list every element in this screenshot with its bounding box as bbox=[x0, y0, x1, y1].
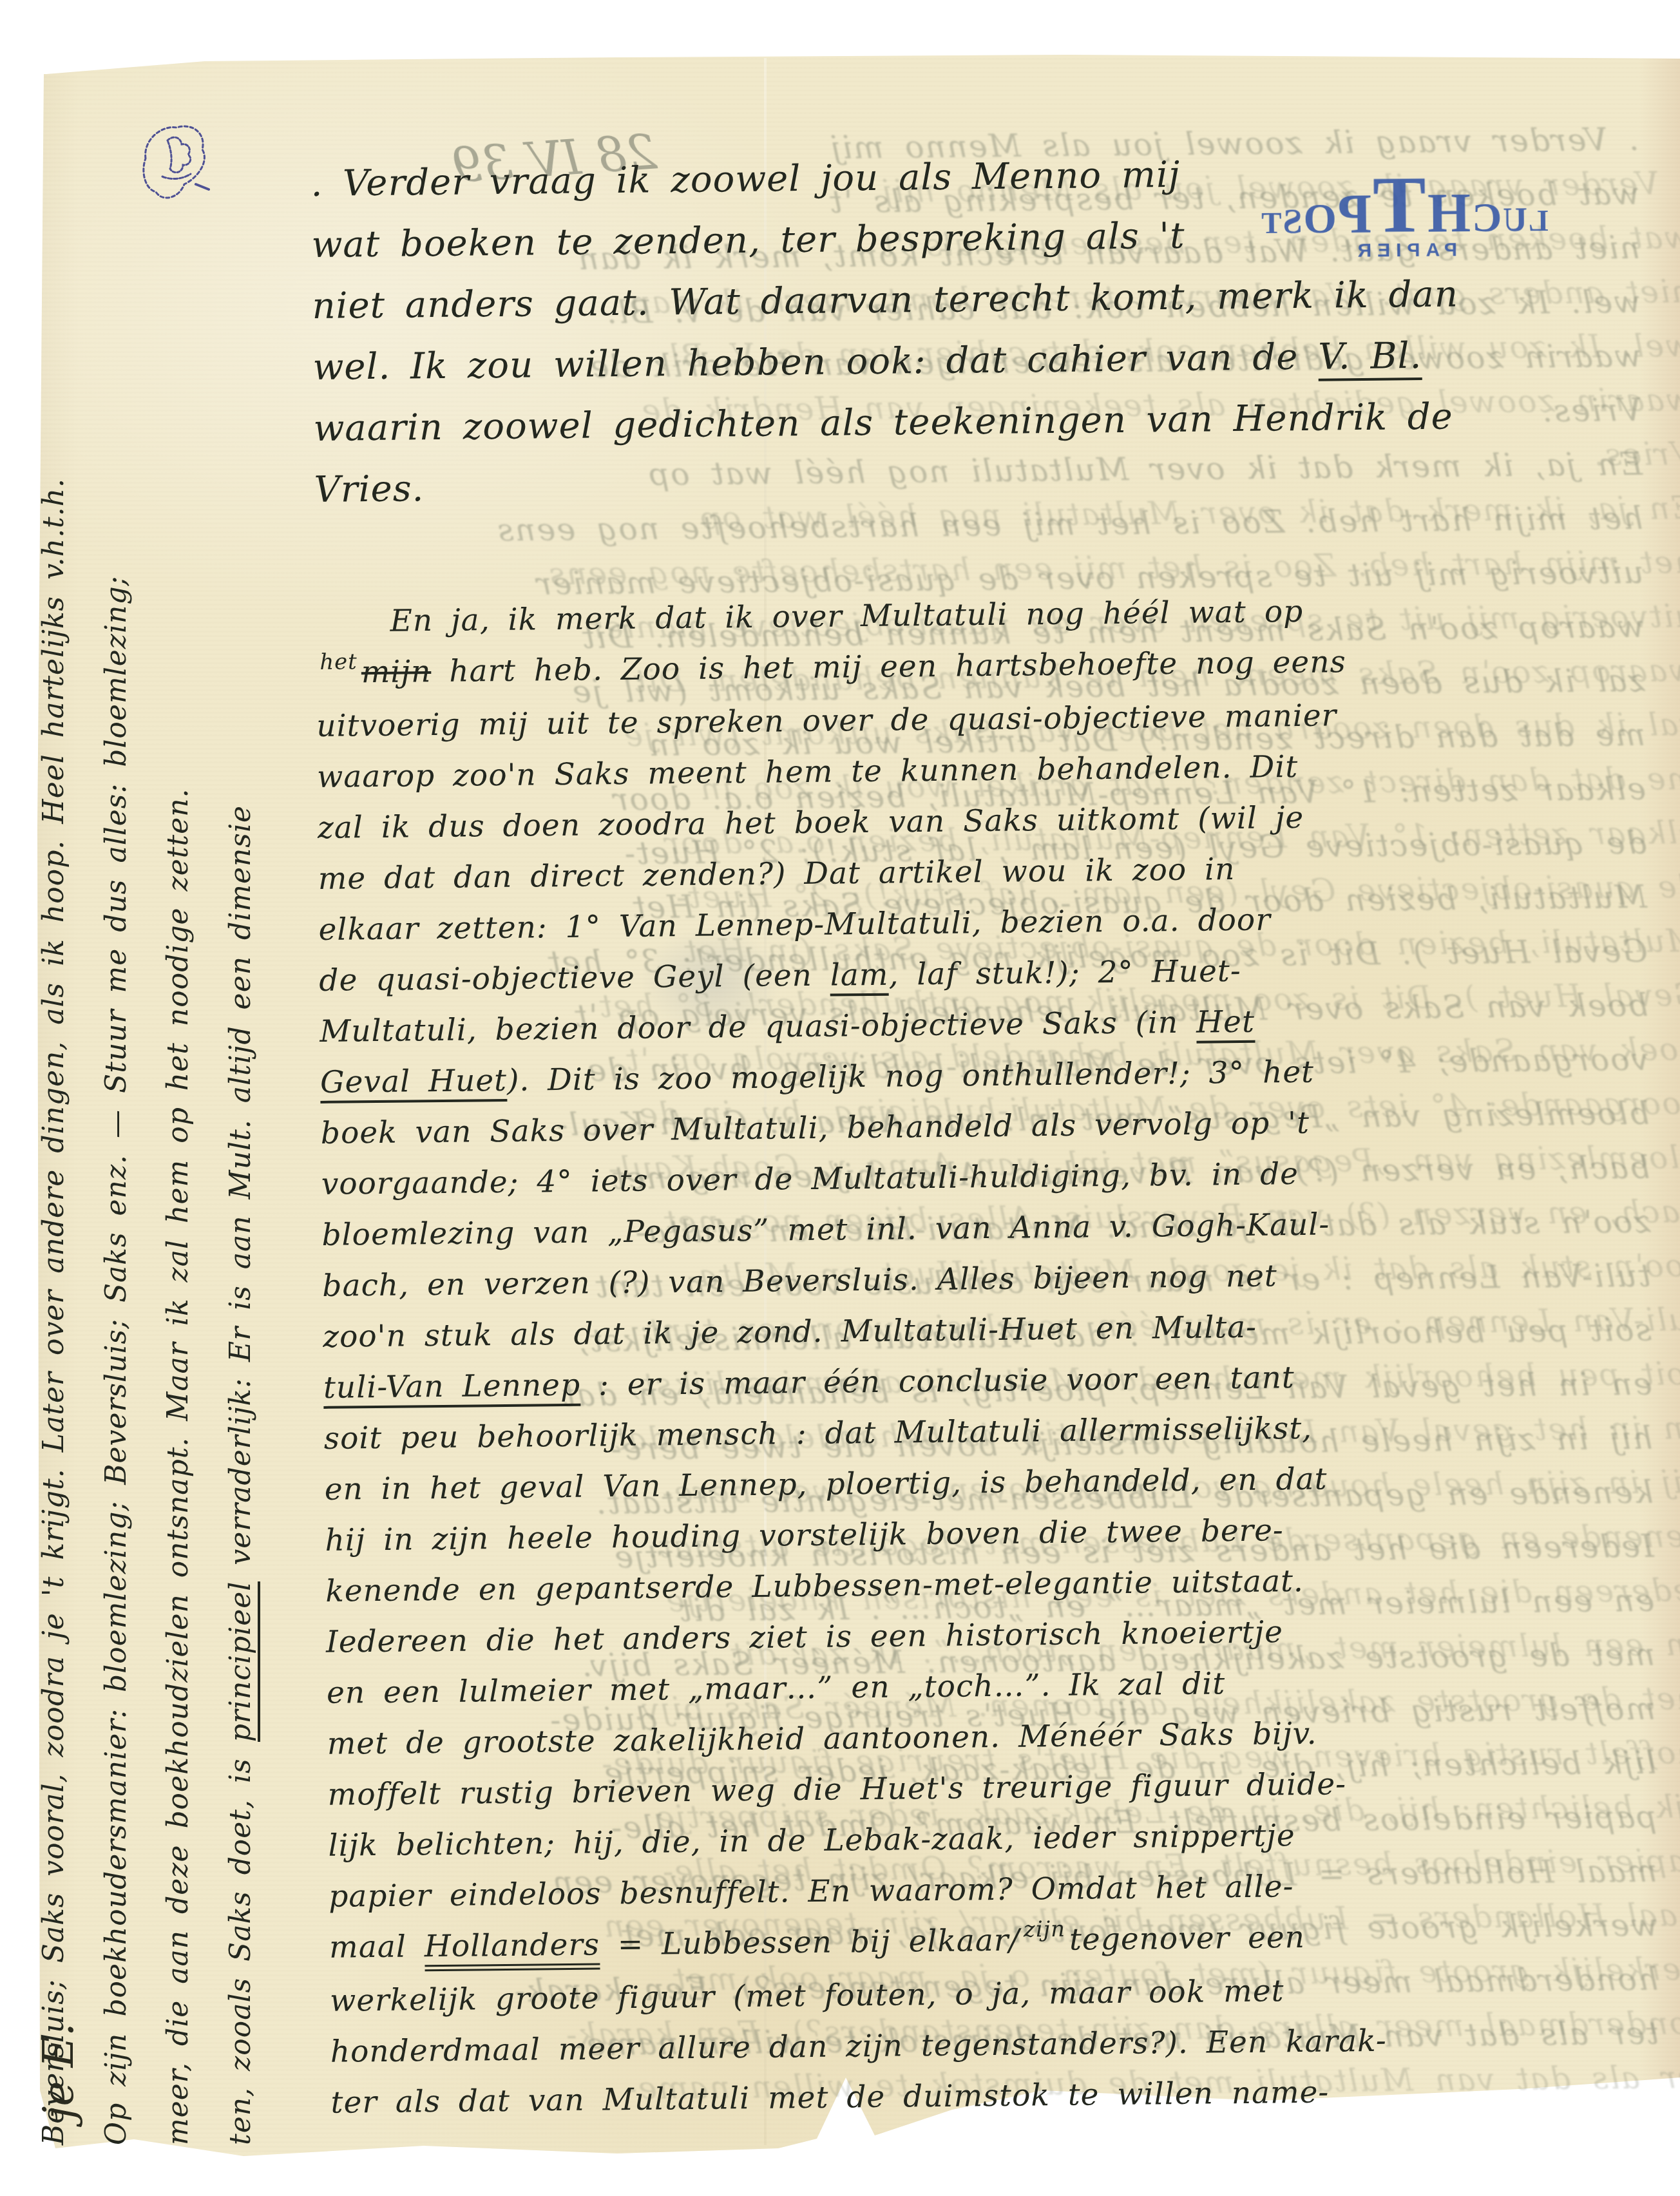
handwriting-segment: bloemlezing van „Pegasus” met inl. van A… bbox=[321, 1207, 1330, 1253]
signature: je E. bbox=[33, 2023, 83, 2119]
struck-word: mijn bbox=[361, 654, 432, 690]
handwriting-segment: : er is maar één conclusie voor een tant bbox=[580, 1360, 1295, 1403]
handwriting-segment: waarop zoo'n Saks meent hem te kunnen be… bbox=[317, 749, 1299, 795]
handwriting-segment: wel. Ik zou willen hebben ook: dat cahie… bbox=[312, 336, 1318, 388]
handwriting-segment: hart heb. Zoo is het mij een hartsbehoef… bbox=[431, 644, 1346, 689]
handwriting-segment: = Lubbessen bij elkaar/ bbox=[600, 1923, 1020, 1963]
handwriting-segment: tegenover een bbox=[1069, 1920, 1305, 1958]
handwriting-segment: papier eindeloos besnuffelt. En waarom? … bbox=[329, 1869, 1294, 1914]
handwriting-segment: hij in zijn heele houding vorstelijk bov… bbox=[325, 1513, 1284, 1558]
margin-note-line: Op zijn boekhoudersmanier: bloemlezing; … bbox=[86, 122, 147, 2145]
handwriting-segment: waarin zoowel gedichten als teekeningen … bbox=[313, 396, 1453, 450]
margin-note: ten, zooals Saks doet, is principieel ve… bbox=[23, 122, 271, 2145]
handwriting-segment: Vries. bbox=[314, 468, 424, 511]
handwriting-segment: de quasi-objectieve Geyl (een bbox=[319, 958, 830, 998]
inserted-word: het bbox=[320, 636, 358, 687]
handwriting-segment: uitvoerig mij uit te spreken over de qua… bbox=[316, 698, 1337, 744]
handwriting-segment: V. Bl. bbox=[1318, 335, 1422, 381]
handwriting-segment: zoo'n stuk als dat ik je zond. Multatuli… bbox=[323, 1310, 1257, 1355]
handwriting-segment: Het bbox=[1196, 1004, 1255, 1044]
handwriting-segment: honderdmaal meer allure dan zijn tegenst… bbox=[330, 2023, 1387, 2070]
handwriting-segment: elkaar zetten: 1° Van Lennep-Multatuli, … bbox=[318, 902, 1271, 947]
handwriting-segment: zal ik dus doen zoodra het boek van Saks… bbox=[318, 800, 1304, 846]
handwriting-segment: maal bbox=[329, 1929, 425, 1965]
handwriting-segment: Beversluis; Saks vooral, zoodra je 't kr… bbox=[37, 478, 70, 2145]
handwriting-segment: niet anders gaat. Wat daarvan terecht ko… bbox=[312, 273, 1458, 327]
handwriting-segment: voorgaande; 4° iets over de Multatuli-hu… bbox=[321, 1156, 1299, 1202]
handwriting-segment: met de grootste zakelijkheid aantoonen. … bbox=[327, 1716, 1317, 1762]
handwriting-segment: Op zijn boekhoudersmanier: bloemlezing; … bbox=[100, 576, 133, 2145]
handwriting-segment: Iedereen die het anders ziet is een hist… bbox=[326, 1614, 1283, 1660]
handwriting-segment: lijk belichten; hij, die, in de Lebak-za… bbox=[328, 1818, 1295, 1864]
inserted-word: zijn bbox=[1024, 1904, 1066, 1955]
handwriting-segment: Hollanders bbox=[424, 1927, 600, 1971]
handwriting-segment: verraderlijk: Er is aan Mult. altijd een… bbox=[224, 805, 257, 1581]
handwriting-segment: en een lulmeier met „maar…” en „toch…”. … bbox=[327, 1666, 1226, 1711]
handwriting-segment: moffelt rustig brieven weg die Huet's tr… bbox=[327, 1766, 1346, 1813]
handwriting-segment: tuli-Van Lennep bbox=[323, 1368, 581, 1409]
letter-body: . Verder vraag ik zoowel jou als Menno m… bbox=[310, 140, 1645, 2128]
handwriting-segment: en in het geval Van Lennep, ploertig, is… bbox=[324, 1462, 1327, 1507]
handwriting-segment: wat boeken te zenden, ter bespreking als… bbox=[311, 215, 1185, 266]
handwriting-segment: En ja, ik merk dat ik over Multatuli nog… bbox=[390, 594, 1303, 639]
handwriting-segment: ter als dat van Multatuli met de duimsto… bbox=[330, 2075, 1329, 2121]
handwriting-segment: . Verder vraag ik zoowel jou als Menno m… bbox=[310, 154, 1180, 205]
handwriting-segment: Geval Huet bbox=[320, 1063, 507, 1103]
handwriting-segment: me dat dan direct zenden?) Dat artikel w… bbox=[318, 852, 1236, 897]
handwriting-segment: ). Dit is zoo mogelijk nog onthullender!… bbox=[507, 1055, 1315, 1098]
handwriting-segment: ten, zooals Saks doet, is bbox=[224, 1742, 257, 2145]
handwriting-segment: , laf stuk!); 2° Huet- bbox=[888, 953, 1241, 993]
handwriting-segment: meer, die aan deze boekhoudzielen ontsna… bbox=[162, 788, 195, 2145]
scanned-letter-page: { "page": { "paper_color": "#f1e9cb", "i… bbox=[0, 0, 1680, 2196]
handwriting-segment: lam bbox=[830, 957, 889, 997]
handwriting-segment: soit peu behoorlijk mensch : dat Multatu… bbox=[324, 1411, 1313, 1456]
handwriting-segment: boek van Saks over Multatuli, behandeld … bbox=[321, 1105, 1310, 1151]
margin-note-line: ten, zooals Saks doet, is principieel ve… bbox=[210, 122, 271, 2145]
handwriting-segment: bach, en verzen (?) van Beversluis. Alle… bbox=[322, 1258, 1277, 1304]
handwriting-segment: Multatuli, bezien door de quasi-objectie… bbox=[320, 1005, 1196, 1049]
handwriting-segment: principieel bbox=[224, 1581, 260, 1742]
handwriting-segment: kenende en gepantserde Lubbessen-met-ele… bbox=[325, 1563, 1304, 1609]
margin-note-line: meer, die aan deze boekhoudzielen ontsna… bbox=[148, 122, 209, 2145]
margin-note-line: Beversluis; Saks vooral, zoodra je 't kr… bbox=[23, 122, 84, 2145]
handwriting-segment: werkelijk groote figuur (met fouten, o j… bbox=[330, 1973, 1284, 2019]
